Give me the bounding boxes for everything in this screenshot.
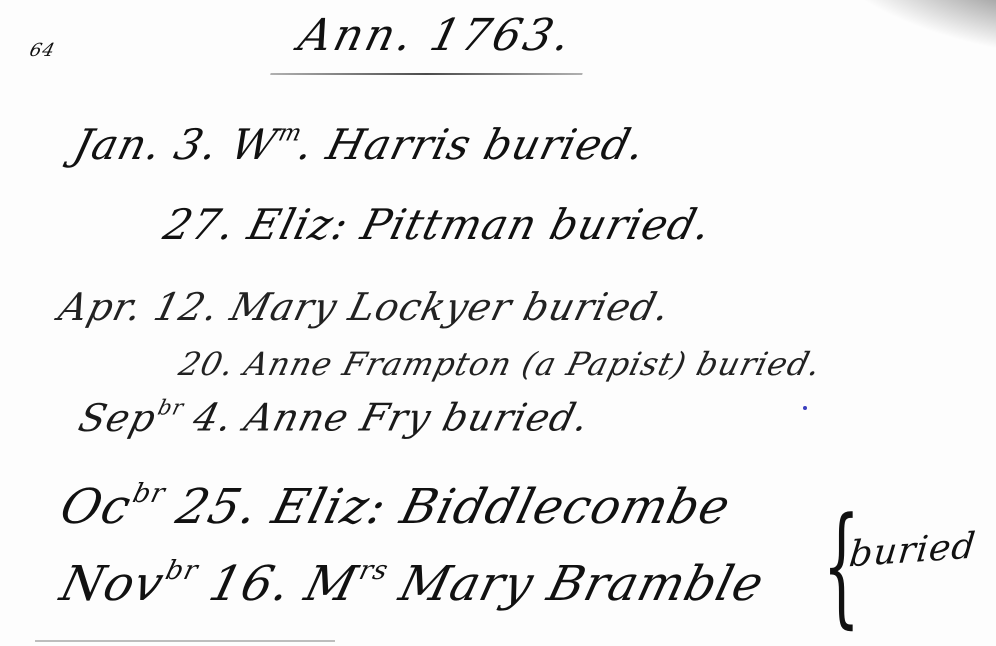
entry-day: 16.: [204, 556, 297, 612]
folio-number: 64: [27, 40, 57, 61]
entry-status: buried.: [438, 396, 594, 440]
year-heading: Ann. 1763.: [294, 10, 579, 61]
heading-underline: [270, 73, 583, 75]
entry-name: Anne Fry: [240, 396, 436, 440]
entry-name: Eliz: Pittman: [243, 200, 543, 249]
entry-title: Mrs: [299, 556, 391, 612]
entry-month: Jan.: [69, 120, 167, 169]
entry-day: 25.: [171, 479, 264, 535]
page-corner-shadow: [812, 0, 996, 55]
entry-note: (a Papist): [518, 345, 691, 383]
stray-ink-mark: [803, 406, 807, 410]
burial-entry: 20. Anne Frampton (a Papist) buried.: [175, 345, 825, 383]
burial-entry: Novbr 16. Mrs Mary Bramble: [55, 555, 770, 612]
entry-day: 20.: [175, 345, 238, 383]
burial-entry: Ocbr 25. Eliz: Biddlecombe: [55, 478, 737, 535]
entry-status: buried.: [545, 200, 717, 249]
burial-entry: Jan. 3. Wm. Harris buried.: [69, 120, 651, 169]
entry-name: Wm. Harris: [226, 120, 477, 169]
burial-entry: Apr. 12. Mary Lockyer buried.: [55, 285, 675, 329]
burial-entry: 27. Eliz: Pittman buried.: [159, 200, 717, 249]
entry-status: buried.: [519, 285, 675, 329]
entry-month: Apr.: [55, 285, 148, 329]
entry-day: 27.: [159, 200, 241, 249]
entry-name: Mary Lockyer: [226, 285, 517, 329]
entry-month: Sepbr: [74, 396, 186, 440]
year-heading-text: Ann. 1763.: [294, 10, 579, 61]
burial-entry: Sepbr 4. Anne Fry buried.: [74, 395, 594, 440]
entry-name: Mary Bramble: [394, 556, 770, 612]
entry-month: Novbr: [55, 556, 201, 612]
bracketed-status: buried: [847, 526, 978, 576]
bottom-rule: [35, 640, 335, 642]
entry-day: 3.: [170, 120, 224, 169]
entry-day: 12.: [149, 285, 223, 329]
entry-status: buried.: [479, 120, 651, 169]
entry-status: buried.: [693, 345, 826, 383]
entry-day: 4.: [189, 396, 238, 440]
entry-name: Anne Frampton: [240, 345, 516, 383]
register-page: 64 Ann. 1763. Jan. 3. Wm. Harris buried.…: [0, 0, 996, 646]
entry-month: Ocbr: [55, 479, 169, 535]
entry-name: Eliz: Biddlecombe: [267, 479, 737, 535]
